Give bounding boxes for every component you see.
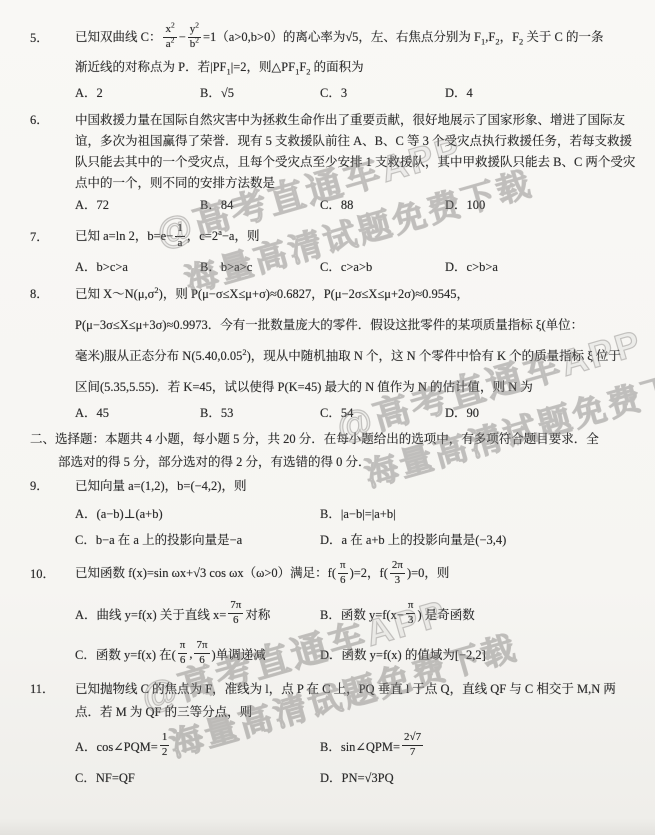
question-5-line-2: 渐近线的对称点为 P．若|PF1|=2，则△PF1F2 的面积为 bbox=[30, 58, 637, 77]
question-text: 已知抛物线 C 的焦点为 F，准线为 l，点 P 在 C 上，PQ 垂直 l 于… bbox=[75, 680, 616, 699]
question-text: 区间(5.35,5.55)．若 K=45，试以使得 P(K=45) 最大的 N … bbox=[75, 378, 533, 397]
question-number: 7． bbox=[30, 228, 75, 247]
option-d: D．100 bbox=[445, 195, 637, 213]
question-10: 10． 已知函数 f(x)=sin ωx+√3 cos ωx（ω>0）满足：f(… bbox=[30, 558, 637, 670]
option-a: A．72 bbox=[75, 195, 200, 213]
question-11-options-row-1: A．cos∠PQM=12 B．sin∠QPM=2√77 bbox=[30, 730, 637, 762]
option-d: D．PN=√3PQ bbox=[320, 768, 637, 786]
option-c: C．NF=QF bbox=[75, 768, 320, 786]
option-c: C．3 bbox=[320, 83, 445, 101]
option-c: C．54 bbox=[320, 403, 445, 421]
question-8: 8． 已知 X～N(μ,σ2)，则 P(μ−σ≤X≤μ+σ)≈0.6827，P(… bbox=[30, 285, 637, 421]
question-6-options: A．72 B．84 C．88 D．100 bbox=[30, 195, 637, 213]
question-text: 已知向量 a=(1,2)，b=(−4,2)，则 bbox=[75, 477, 246, 496]
question-7-line-1: 7． 已知 a=ln 2，b=e−1a，c=2a−a，则 bbox=[30, 221, 637, 253]
question-text: 点．若 M 为 QF 的三等分点，则 bbox=[75, 703, 252, 722]
section-heading-line-2: 部选对的得 5 分，部分选对的得 2 分，有选错的得 0 分． bbox=[30, 452, 637, 473]
question-text: 队只能去其中的一个受灾点，且每个受灾点至少安排 1 支救援队，其中甲救援队只能去… bbox=[75, 153, 635, 172]
question-text: 已知 a=ln 2，b=e−1a，c=2a−a，则 bbox=[75, 224, 259, 250]
option-b: B．√5 bbox=[200, 83, 320, 101]
question-11-options-row-2: C．NF=QF D．PN=√3PQ bbox=[30, 768, 637, 786]
question-8-options: A．45 B．53 C．54 D．90 bbox=[30, 403, 637, 421]
exam-paper-page: @高考直通车APP 海量高清试题免费下载 @高考直通车APP 海量高清试题免费下… bbox=[0, 0, 655, 835]
question-10-options-row-1: A．曲线 y=f(x) 关于直线 x=7π6 对称 B．函数 y=f(x−π3)… bbox=[30, 598, 637, 630]
option-c: C．c>a>b bbox=[320, 257, 445, 275]
question-text: P(μ−3σ≤X≤μ+3σ)≈0.9973．今有一批数量庞大的零件．假设这批零件… bbox=[75, 316, 583, 335]
question-number: 11． bbox=[30, 680, 75, 699]
option-c: C．b−a 在 a 上的投影向量是−a bbox=[75, 530, 320, 548]
option-b: B．b>a>c bbox=[200, 257, 320, 275]
question-text: 渐近线的对称点为 P．若|PF1|=2，则△PF1F2 的面积为 bbox=[75, 58, 364, 77]
question-9-options-row-2: C．b−a 在 a 上的投影向量是−a D．a 在 a+b 上的投影向量是(−3… bbox=[30, 530, 637, 548]
question-text: 已知双曲线 C：x2a2−y2b2=1（a>0,b>0）的离心率为√5，左、右焦… bbox=[75, 25, 604, 51]
option-a: A．(a−b)⊥(a+b) bbox=[75, 504, 320, 522]
option-d: D．函数 y=f(x) 的值域为[−2,2] bbox=[320, 638, 637, 670]
question-7: 7． 已知 a=ln 2，b=e−1a，c=2a−a，则 A．b>c>a B．b… bbox=[30, 221, 637, 275]
question-9-line-1: 9． 已知向量 a=(1,2)，b=(−4,2)，则 bbox=[30, 477, 637, 496]
section-heading-line-1: 二、选择题：本题共 4 小题，每小题 5 分，共 20 分．在每小题给出的选项中… bbox=[30, 429, 637, 450]
question-10-line-1: 10． 已知函数 f(x)=sin ωx+√3 cos ωx（ω>0）满足：f(… bbox=[30, 558, 637, 590]
question-text: 谊，多次为祖国赢得了荣誉．现有 5 支救援队前往 A、B、C 等 3 个受灾点执… bbox=[75, 132, 632, 151]
option-d: D．a 在 a+b 上的投影向量是(−3,4) bbox=[320, 530, 637, 548]
question-8-line-1: 8． 已知 X～N(μ,σ2)，则 P(μ−σ≤X≤μ+σ)≈0.6827，P(… bbox=[30, 285, 637, 304]
option-a: A．cos∠PQM=12 bbox=[75, 730, 320, 762]
question-11: 11． 已知抛物线 C 的焦点为 F，准线为 l，点 P 在 C 上，PQ 垂直… bbox=[30, 680, 637, 786]
question-5: 5． 已知双曲线 C：x2a2−y2b2=1（a>0,b>0）的离心率为√5，左… bbox=[30, 22, 637, 101]
option-d: D．4 bbox=[445, 83, 637, 101]
exam-content: 5． 已知双曲线 C：x2a2−y2b2=1（a>0,b>0）的离心率为√5，左… bbox=[0, 0, 655, 786]
question-8-line-2: P(μ−3σ≤X≤μ+3σ)≈0.9973．今有一批数量庞大的零件．假设这批零件… bbox=[30, 316, 637, 335]
question-6-line-2: 谊，多次为祖国赢得了荣誉．现有 5 支救援队前往 A、B、C 等 3 个受灾点执… bbox=[30, 132, 637, 151]
question-number: 8． bbox=[30, 285, 75, 304]
question-6: 6． 中国救援力量在国际自然灾害中为拯救生命作出了重要贡献，很好地展示了国家形象… bbox=[30, 111, 637, 213]
option-a: A．2 bbox=[75, 83, 200, 101]
option-a: A．45 bbox=[75, 403, 200, 421]
question-11-line-2: 点．若 M 为 QF 的三等分点，则 bbox=[30, 703, 637, 722]
question-6-line-3: 队只能去其中的一个受灾点，且每个受灾点至少安排 1 支救援队，其中甲救援队只能去… bbox=[30, 153, 637, 172]
question-text: 已知函数 f(x)=sin ωx+√3 cos ωx（ω>0）满足：f(π6)=… bbox=[75, 561, 449, 587]
option-b: B．84 bbox=[200, 195, 320, 213]
option-b: B．53 bbox=[200, 403, 320, 421]
question-8-line-3: 毫米)服从正态分布 N(5.40,0.052)，现从中随机抽取 N 个，这 N … bbox=[30, 347, 637, 366]
option-b: B．sin∠QPM=2√77 bbox=[320, 730, 637, 762]
question-text: 点中的一个，则不同的安排方法数是 bbox=[75, 174, 275, 193]
question-text: 毫米)服从正态分布 N(5.40,0.052)，现从中随机抽取 N 个，这 N … bbox=[75, 347, 621, 366]
question-text: 中国救援力量在国际自然灾害中为拯救生命作出了重要贡献，很好地展示了国家形象、增进… bbox=[75, 111, 625, 130]
option-a: A．b>c>a bbox=[75, 257, 200, 275]
option-a: A．曲线 y=f(x) 关于直线 x=7π6 对称 bbox=[75, 598, 320, 630]
option-b: B．|a−b|=|a+b| bbox=[320, 504, 637, 522]
question-number: 10． bbox=[30, 565, 75, 584]
question-number: 6． bbox=[30, 111, 75, 130]
option-d: D．c>b>a bbox=[445, 257, 637, 275]
section-2-heading: 二、选择题：本题共 4 小题，每小题 5 分，共 20 分．在每小题给出的选项中… bbox=[30, 429, 637, 473]
question-6-line-1: 6． 中国救援力量在国际自然灾害中为拯救生命作出了重要贡献，很好地展示了国家形象… bbox=[30, 111, 637, 130]
option-c: C．函数 y=f(x) 在(π6,7π6)单调递减 bbox=[75, 638, 320, 670]
question-5-line-1: 5． 已知双曲线 C：x2a2−y2b2=1（a>0,b>0）的离心率为√5，左… bbox=[30, 22, 637, 54]
question-6-line-4: 点中的一个，则不同的安排方法数是 bbox=[30, 174, 637, 193]
question-9: 9． 已知向量 a=(1,2)，b=(−4,2)，则 A．(a−b)⊥(a+b)… bbox=[30, 477, 637, 548]
question-text: 已知 X～N(μ,σ2)，则 P(μ−σ≤X≤μ+σ)≈0.6827，P(μ−2… bbox=[75, 285, 469, 304]
question-7-options: A．b>c>a B．b>a>c C．c>a>b D．c>b>a bbox=[30, 257, 637, 275]
question-8-line-4: 区间(5.35,5.55)．若 K=45，试以使得 P(K=45) 最大的 N … bbox=[30, 378, 637, 397]
option-c: C．88 bbox=[320, 195, 445, 213]
question-11-line-1: 11． 已知抛物线 C 的焦点为 F，准线为 l，点 P 在 C 上，PQ 垂直… bbox=[30, 680, 637, 699]
question-10-options-row-2: C．函数 y=f(x) 在(π6,7π6)单调递减 D．函数 y=f(x) 的值… bbox=[30, 638, 637, 670]
question-9-options-row-1: A．(a−b)⊥(a+b) B．|a−b|=|a+b| bbox=[30, 504, 637, 522]
question-number: 5． bbox=[30, 29, 75, 48]
option-b: B．函数 y=f(x−π3) 是奇函数 bbox=[320, 598, 637, 630]
option-d: D．90 bbox=[445, 403, 637, 421]
question-number: 9． bbox=[30, 477, 75, 496]
question-5-options: A．2 B．√5 C．3 D．4 bbox=[30, 83, 637, 101]
